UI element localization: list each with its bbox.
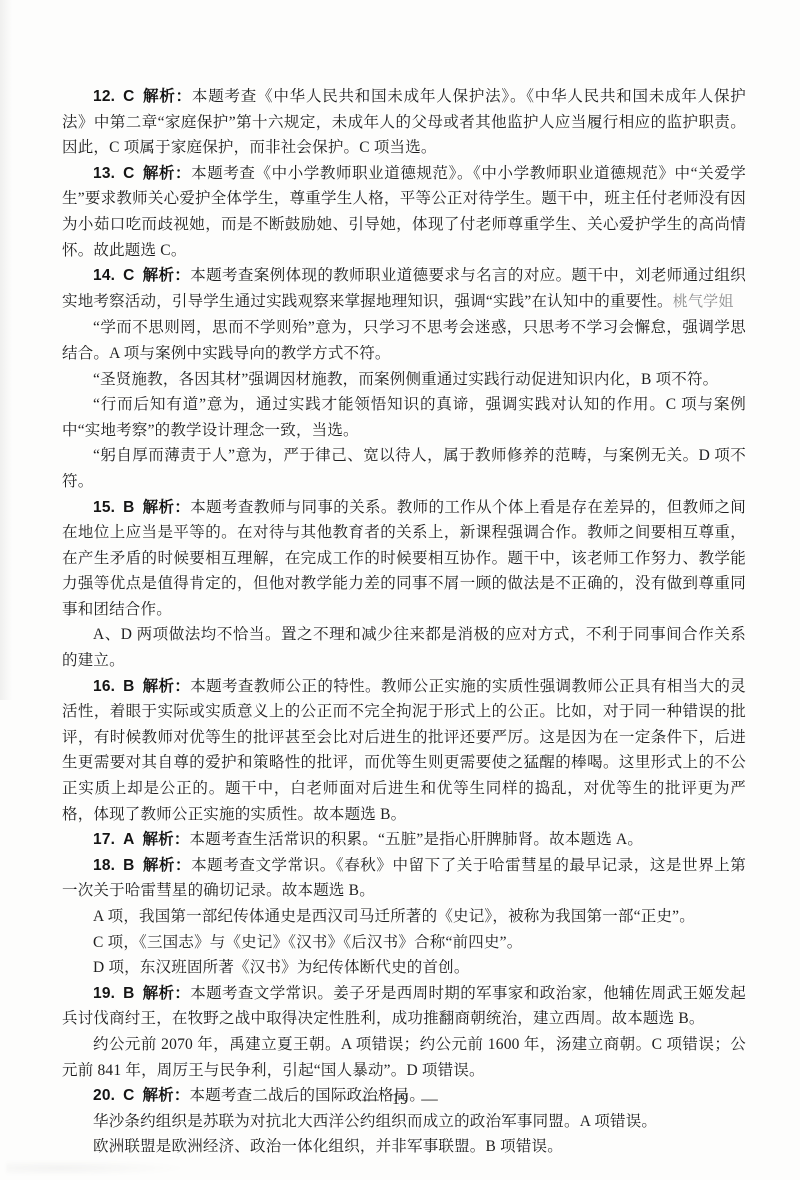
text-segment: “躬自厚而薄责于人”意为，严于律己、宽以待人，属于教师修养的范畴，与案例无关。D… <box>62 447 746 490</box>
sharer-watermark-text: 桃气学姐 <box>673 294 734 310</box>
question-item-first-paragraph: 12. C 解析：本题考查《中华人民共和国未成年人保护法》。《中华人民共和国未成… <box>62 84 746 161</box>
question-item-first-paragraph: 16. B 解析：本题考查教师公正的特性。教师公正实施的实质性强调教师公正具有相… <box>62 674 746 828</box>
text-segment: D 项，东汉班固所著《汉书》为纪传体断代史的首创。 <box>93 959 470 976</box>
text-segment: 本题考查教师与同事的关系。教师的工作从个体上看是存在差异的，但教师之间在地位上应… <box>62 499 746 618</box>
explanation-paragraph: 约公元前 2070 年，禹建立夏王朝。A 项错误；约公元前 1600 年，汤建立… <box>62 1032 746 1083</box>
question-item-first-paragraph: 15. B 解析：本题考查教师与同事的关系。教师的工作从个体上看是存在差异的，但… <box>62 495 746 623</box>
explanation-paragraph: “圣贤施教，各因其材”强调因材施教，而案例侧重通过实践行动促进知识内化，B 项不… <box>62 367 746 393</box>
text-segment: 约公元前 2070 年，禹建立夏王朝。A 项错误；约公元前 1600 年，汤建立… <box>62 1036 746 1079</box>
document-page: 12. C 解析：本题考查《中华人民共和国未成年人保护法》。《中华人民共和国未成… <box>0 0 800 1180</box>
explanation-paragraph: A、D 两项做法均不恰当。置之不理和减少往来都是消极的应对方式，不利于同事间合作… <box>62 622 746 673</box>
question-answer-prefix: 19. B 解析： <box>93 985 190 1002</box>
question-answer-prefix: 13. C 解析： <box>93 165 191 182</box>
explanation-paragraph: “行而后知有道”意为，通过实践才能领悟知识的真谛，强调实践对认知的作用。C 项与… <box>62 392 746 443</box>
scan-smudge <box>6 1160 186 1176</box>
answer-list: 12. C 解析：本题考查《中华人民共和国未成年人保护法》。《中华人民共和国未成… <box>62 84 746 1160</box>
explanation-paragraph: A 项，我国第一部纪传体通史是西汉司马迁所著的《史记》，被称为我国第一部“正史”… <box>62 904 746 930</box>
text-segment: C 项，《三国志》与《史记》《汉书》《后汉书》合称“前四史”。 <box>93 934 522 951</box>
text-segment: 本题考查生活常识的积累。“五脏”是指心肝脾肺肾。故本题选 A。 <box>190 831 644 848</box>
question-item-first-paragraph: 18. B 解析：本题考查文学常识。《春秋》中留下了关于哈雷彗星的最早记录，这是… <box>62 853 746 904</box>
text-segment: A、D 两项做法均不恰当。置之不理和减少往来都是消极的应对方式，不利于同事间合作… <box>62 626 746 669</box>
text-segment: 本题考查教师公正的特性。教师公正实施的实质性强调教师公正具有相当大的灵活性，着眼… <box>62 678 746 823</box>
text-segment: “圣贤施教，各因其材”强调因材施教，而案例侧重通过实践行动促进知识内化，B 项不… <box>93 371 718 388</box>
question-item-first-paragraph: 19. B 解析：本题考查文学常识。姜子牙是西周时期的军事家和政治家，他辅佐周武… <box>62 981 746 1032</box>
explanation-paragraph: C 项，《三国志》与《史记》《汉书》《后汉书》合称“前四史”。 <box>62 930 746 956</box>
question-answer-prefix: 16. B 解析： <box>93 678 190 695</box>
answer-explanations-section: 12. C 解析：本题考查《中华人民共和国未成年人保护法》。《中华人民共和国未成… <box>62 84 746 1160</box>
footer-dash-right: — <box>421 1089 438 1109</box>
page-footer: — 19 — <box>0 1089 800 1109</box>
text-segment: “学而不思则罔，思而不学则殆”意为，只学习不思考会迷惑，只思考不学习会懈怠，强调… <box>62 319 746 362</box>
explanation-paragraph: “学而不思则罔，思而不学则殆”意为，只学习不思考会迷惑，只思考不学习会懈怠，强调… <box>62 315 746 366</box>
text-segment: 华沙条约组织是苏联为对抗北大西洋公约组织而成立的政治军事同盟。A 项错误。 <box>93 1113 657 1130</box>
question-answer-prefix: 14. C 解析： <box>93 267 190 284</box>
question-answer-prefix: 12. C 解析： <box>93 88 192 105</box>
question-item-first-paragraph: 13. C 解析：本题考查《中小学教师职业道德规范》。《中小学教师职业道德规范》… <box>62 161 746 263</box>
footer-dash-left: — <box>362 1089 379 1109</box>
text-segment: “行而后知有道”意为，通过实践才能领悟知识的真谛，强调实践对认知的作用。C 项与… <box>62 396 746 439</box>
question-item-first-paragraph: 14. C 解析：本题考查案例体现的教师职业道德要求与名言的对应。题干中，刘老师… <box>62 263 746 315</box>
question-answer-prefix: 18. B 解析： <box>93 857 191 874</box>
explanation-paragraph: D 项，东汉班固所著《汉书》为纪传体断代史的首创。 <box>62 955 746 981</box>
explanation-paragraph: “躬自厚而薄责于人”意为，严于律己、宽以待人，属于教师修养的范畴，与案例无关。D… <box>62 443 746 494</box>
question-item-first-paragraph: 17. A 解析：本题考查生活常识的积累。“五脏”是指心肝脾肺肾。故本题选 A。 <box>62 827 746 853</box>
question-answer-prefix: 15. B 解析： <box>93 499 190 516</box>
scan-edge-shadow <box>0 0 12 700</box>
explanation-paragraph: 欧洲联盟是欧洲经济、政治一体化组织，并非军事联盟。B 项错误。 <box>62 1134 746 1160</box>
text-segment: 欧洲联盟是欧洲经济、政治一体化组织，并非军事联盟。B 项错误。 <box>93 1138 563 1155</box>
explanation-paragraph: 华沙条约组织是苏联为对抗北大西洋公约组织而成立的政治军事同盟。A 项错误。 <box>62 1109 746 1135</box>
question-answer-prefix: 17. A 解析： <box>93 831 190 848</box>
page-number: 19 <box>392 1089 409 1109</box>
text-segment: A 项，我国第一部纪传体通史是西汉司马迁所著的《史记》，被称为我国第一部“正史”… <box>93 908 695 925</box>
